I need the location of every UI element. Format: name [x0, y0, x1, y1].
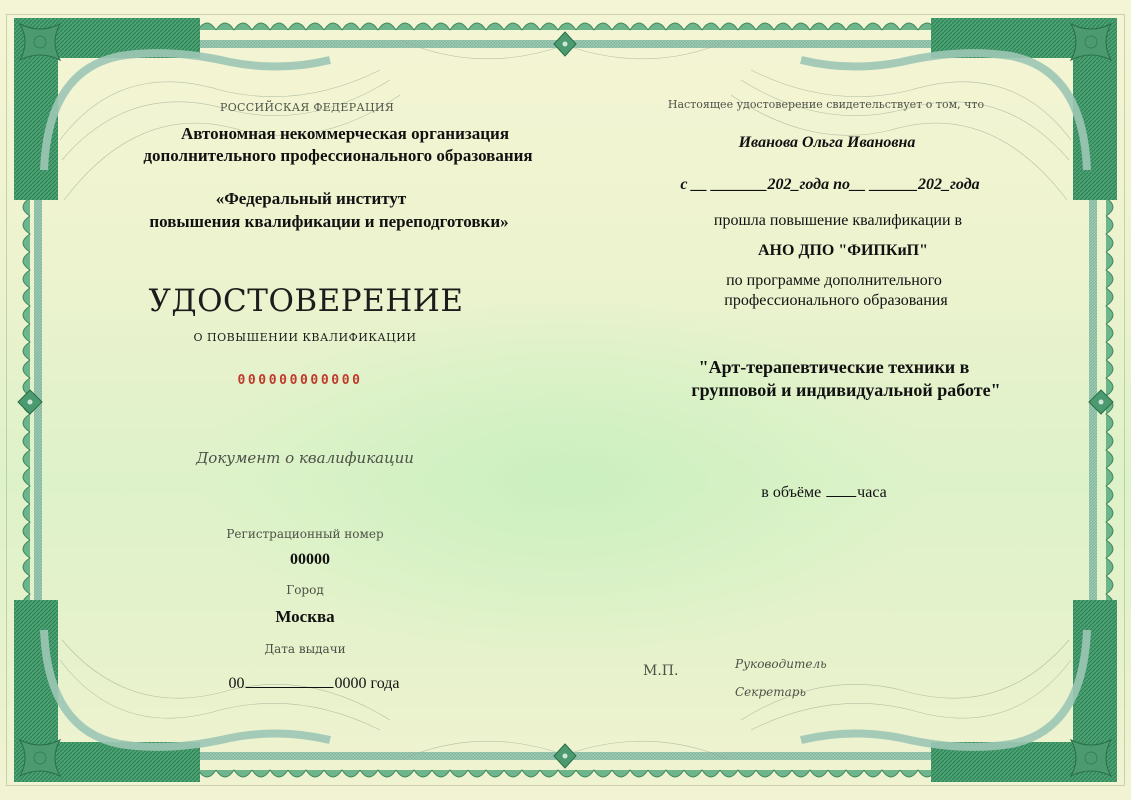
organization-line-1: Автономная некоммерческая организация — [181, 124, 509, 144]
hours-suffix: часа — [857, 484, 887, 501]
holder-name: Иванова Ольга Ивановна — [739, 134, 916, 152]
institute-line-1: «Федеральный институт — [216, 189, 407, 209]
issue-date: 000000 года — [229, 673, 400, 693]
hours-prefix: в объёме — [761, 484, 821, 501]
document-type: Документ о квалификации — [196, 449, 414, 467]
hours-blank — [826, 483, 856, 497]
country-label: РОССИЙСКАЯ ФЕДЕРАЦИЯ — [220, 101, 394, 114]
issue-date-year: 0000 года — [335, 675, 400, 692]
head-signature-label: Руководитель — [735, 657, 827, 671]
issue-date-day: 00 — [229, 675, 245, 692]
registration-label: Регистрационный номер — [226, 527, 383, 541]
course-title-line-2: групповой и индивидуальной работе" — [691, 380, 1000, 401]
organization-line-2: дополнительного профессионального образо… — [143, 146, 532, 166]
serial-number: 000000000000 — [237, 373, 362, 388]
organization-short-name: АНО ДПО "ФИПКиП" — [758, 242, 928, 260]
issue-date-month-blank — [246, 673, 334, 688]
passed-text: прошла повышение квалификации в — [714, 212, 962, 230]
secretary-signature-label: Секретарь — [735, 685, 806, 699]
registration-number: 00000 — [290, 551, 330, 569]
certification-lead-text: Настоящее удостоверение свидетельствует … — [668, 98, 984, 111]
document-subtitle: О ПОВЫШЕНИИ КВАЛИФИКАЦИИ — [194, 331, 417, 344]
city-value: Москва — [275, 607, 334, 627]
issue-date-label: Дата выдачи — [264, 642, 345, 656]
program-line-1: по программе дополнительного — [726, 272, 942, 290]
hours-volume: в объёме часа — [761, 483, 886, 502]
stamp-label: М.П. — [643, 663, 678, 679]
certificate-spread: РОССИЙСКАЯ ФЕДЕРАЦИЯ Автономная некоммер… — [0, 0, 1131, 800]
document-title: УДОСТОВЕРЕНИЕ — [149, 283, 464, 319]
course-title-line-1: "Арт-терапевтические техники в — [699, 357, 970, 378]
city-label: Город — [286, 583, 323, 597]
study-period: с __ _______202_года по__ ______202_года — [680, 176, 979, 194]
institute-line-2: повышения квалификации и переподготовки» — [149, 212, 508, 232]
program-line-2: профессионального образования — [724, 292, 947, 310]
